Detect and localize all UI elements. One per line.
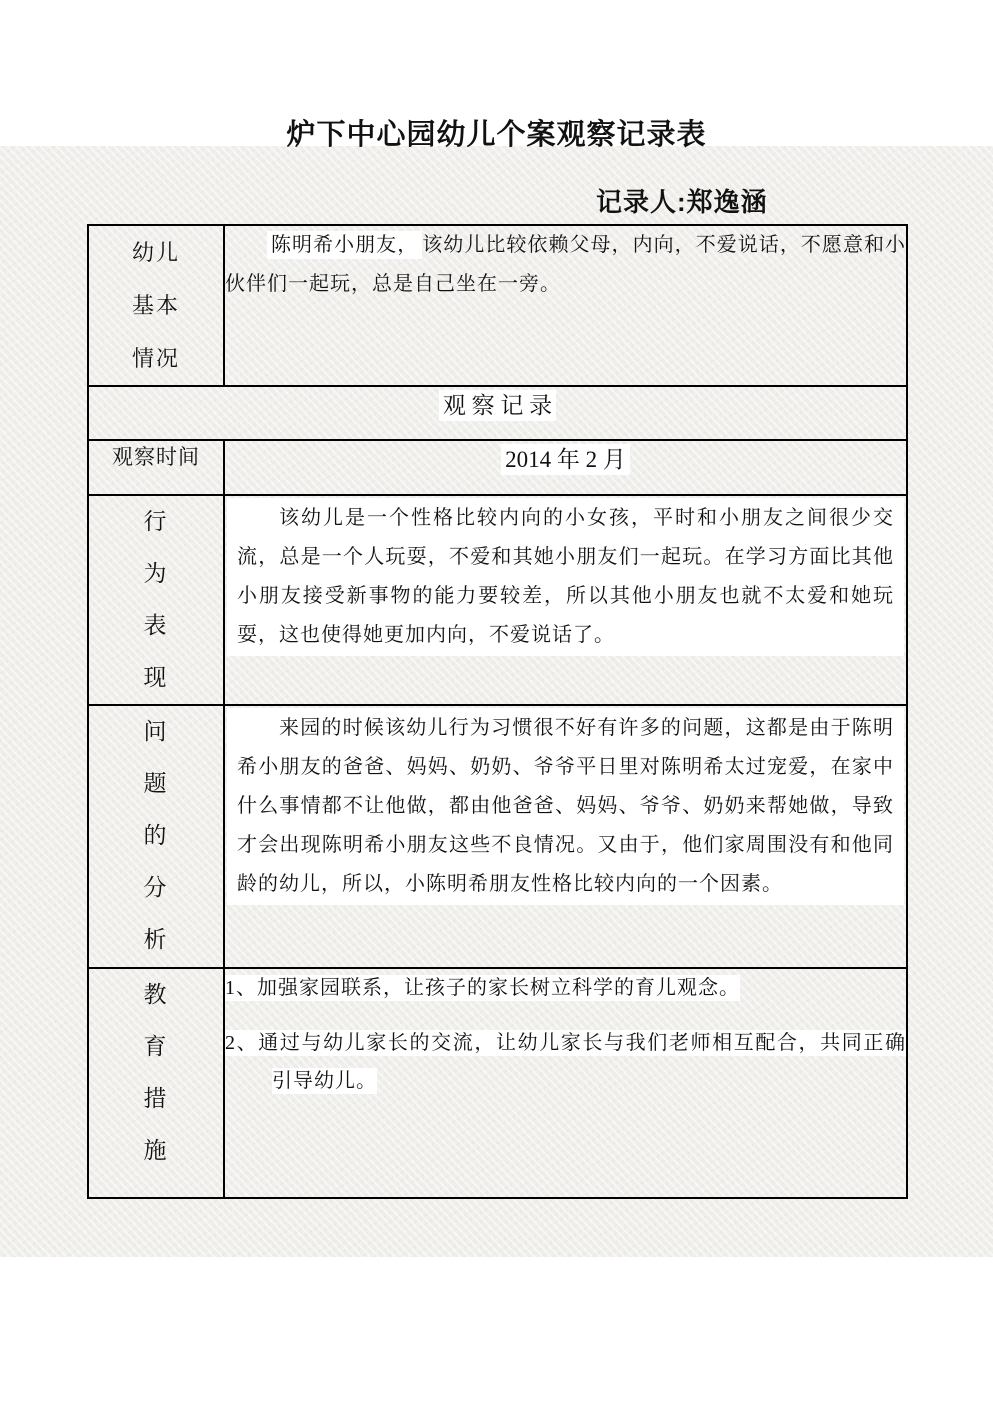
label-line: 为 — [89, 548, 223, 600]
child-name-highlight: 陈明希小朋友， — [267, 231, 422, 259]
measure-item-1: 1、加强家园联系，让孩子的家长树立科学的育儿观念。 — [225, 969, 906, 1007]
label-line: 析 — [89, 914, 223, 966]
analysis-row: 问 题 的 分 析 来园的时候该幼儿行为习惯很不好有许多的问题，这都是由于陈明希… — [88, 705, 907, 968]
label-line: 分 — [89, 862, 223, 914]
basic-info-label: 幼儿 基本 情况 — [89, 226, 223, 385]
label-line: 基本 — [89, 279, 223, 332]
label-line: 题 — [89, 758, 223, 810]
label-line: 教 — [89, 969, 223, 1021]
observe-time-value: 2014 年 2 月 — [501, 444, 630, 475]
measure-item-2: 2、通过与幼儿家长的交流，让幼儿家长与我们老师相互配合，共同正确引导幼儿。 — [225, 1024, 906, 1100]
measures-label-cell: 教 育 措 施 — [88, 968, 224, 1198]
page-title: 炉下中心园幼儿个案观察记录表 — [0, 112, 993, 153]
label-line: 问 — [89, 706, 223, 758]
section-header-text: 观 察 记 录 — [439, 390, 556, 421]
label-line: 幼儿 — [89, 226, 223, 279]
analysis-label-cell: 问 题 的 分 析 — [88, 705, 224, 968]
label-line: 施 — [89, 1125, 223, 1177]
observe-time-value-cell: 2014 年 2 月 — [224, 440, 907, 495]
observation-record-table: 幼儿 基本 情况 陈明希小朋友，该幼儿比较依赖父母，内向，不爱说话，不愿意和小伙… — [87, 224, 908, 1199]
measures-content-cell: 1、加强家园联系，让孩子的家长树立科学的育儿观念。 2、通过与幼儿家长的交流，让… — [224, 968, 907, 1198]
section-header-row: 观 察 记 录 — [88, 386, 907, 440]
measures-row: 教 育 措 施 1、加强家园联系，让孩子的家长树立科学的育儿观念。 2、通过与幼… — [88, 968, 907, 1198]
measure-item-1-text: 1、加强家园联系，让孩子的家长树立科学的育儿观念。 — [225, 975, 740, 1001]
analysis-content-cell: 来园的时候该幼儿行为习惯很不好有许多的问题，这都是由于陈明希小朋友的爸爸、妈妈、… — [224, 705, 907, 968]
behavior-label: 行 为 表 现 — [89, 496, 223, 704]
section-header-cell: 观 察 记 录 — [88, 386, 907, 440]
behavior-content-cell: 该幼儿是一个性格比较内向的小女孩，平时和小朋友之间很少交流，总是一个人玩耍，不爱… — [224, 495, 907, 705]
label-line: 现 — [89, 652, 223, 704]
label-line: 育 — [89, 1021, 223, 1073]
basic-info-text: 陈明希小朋友，该幼儿比较依赖父母，内向，不爱说话，不愿意和小伙伴们一起玩，总是自… — [225, 226, 906, 304]
measure-item-2-text: 2、通过与幼儿家长的交流，让幼儿家长与我们老师相互配合，共同正确引导幼儿。 — [225, 1030, 906, 1094]
behavior-label-cell: 行 为 表 现 — [88, 495, 224, 705]
observe-time-row: 观察时间 2014 年 2 月 — [88, 440, 907, 495]
label-line: 的 — [89, 810, 223, 862]
recorder-line: 记录人:郑逸涵 — [596, 182, 768, 219]
measures-label: 教 育 措 施 — [89, 969, 223, 1177]
label-line: 表 — [89, 600, 223, 652]
analysis-text: 来园的时候该幼儿行为习惯很不好有许多的问题，这都是由于陈明希小朋友的爸爸、妈妈、… — [237, 709, 894, 904]
behavior-text: 该幼儿是一个性格比较内向的小女孩，平时和小朋友之间很少交流，总是一个人玩耍，不爱… — [237, 499, 894, 655]
behavior-text-block: 该幼儿是一个性格比较内向的小女孩，平时和小朋友之间很少交流，总是一个人玩耍，不爱… — [227, 498, 904, 656]
analysis-text-block: 来园的时候该幼儿行为习惯很不好有许多的问题，这都是由于陈明希小朋友的爸爸、妈妈、… — [227, 708, 904, 905]
basic-info-row: 幼儿 基本 情况 陈明希小朋友，该幼儿比较依赖父母，内向，不爱说话，不愿意和小伙… — [88, 225, 907, 386]
label-line: 措 — [89, 1073, 223, 1125]
basic-info-content-cell: 陈明希小朋友，该幼儿比较依赖父母，内向，不爱说话，不愿意和小伙伴们一起玩，总是自… — [224, 225, 907, 386]
label-line: 行 — [89, 496, 223, 548]
analysis-label: 问 题 的 分 析 — [89, 706, 223, 966]
observe-time-label: 观察时间 — [88, 440, 224, 495]
label-line: 情况 — [89, 332, 223, 385]
behavior-row: 行 为 表 现 该幼儿是一个性格比较内向的小女孩，平时和小朋友之间很少交流，总是… — [88, 495, 907, 705]
basic-info-label-cell: 幼儿 基本 情况 — [88, 225, 224, 386]
